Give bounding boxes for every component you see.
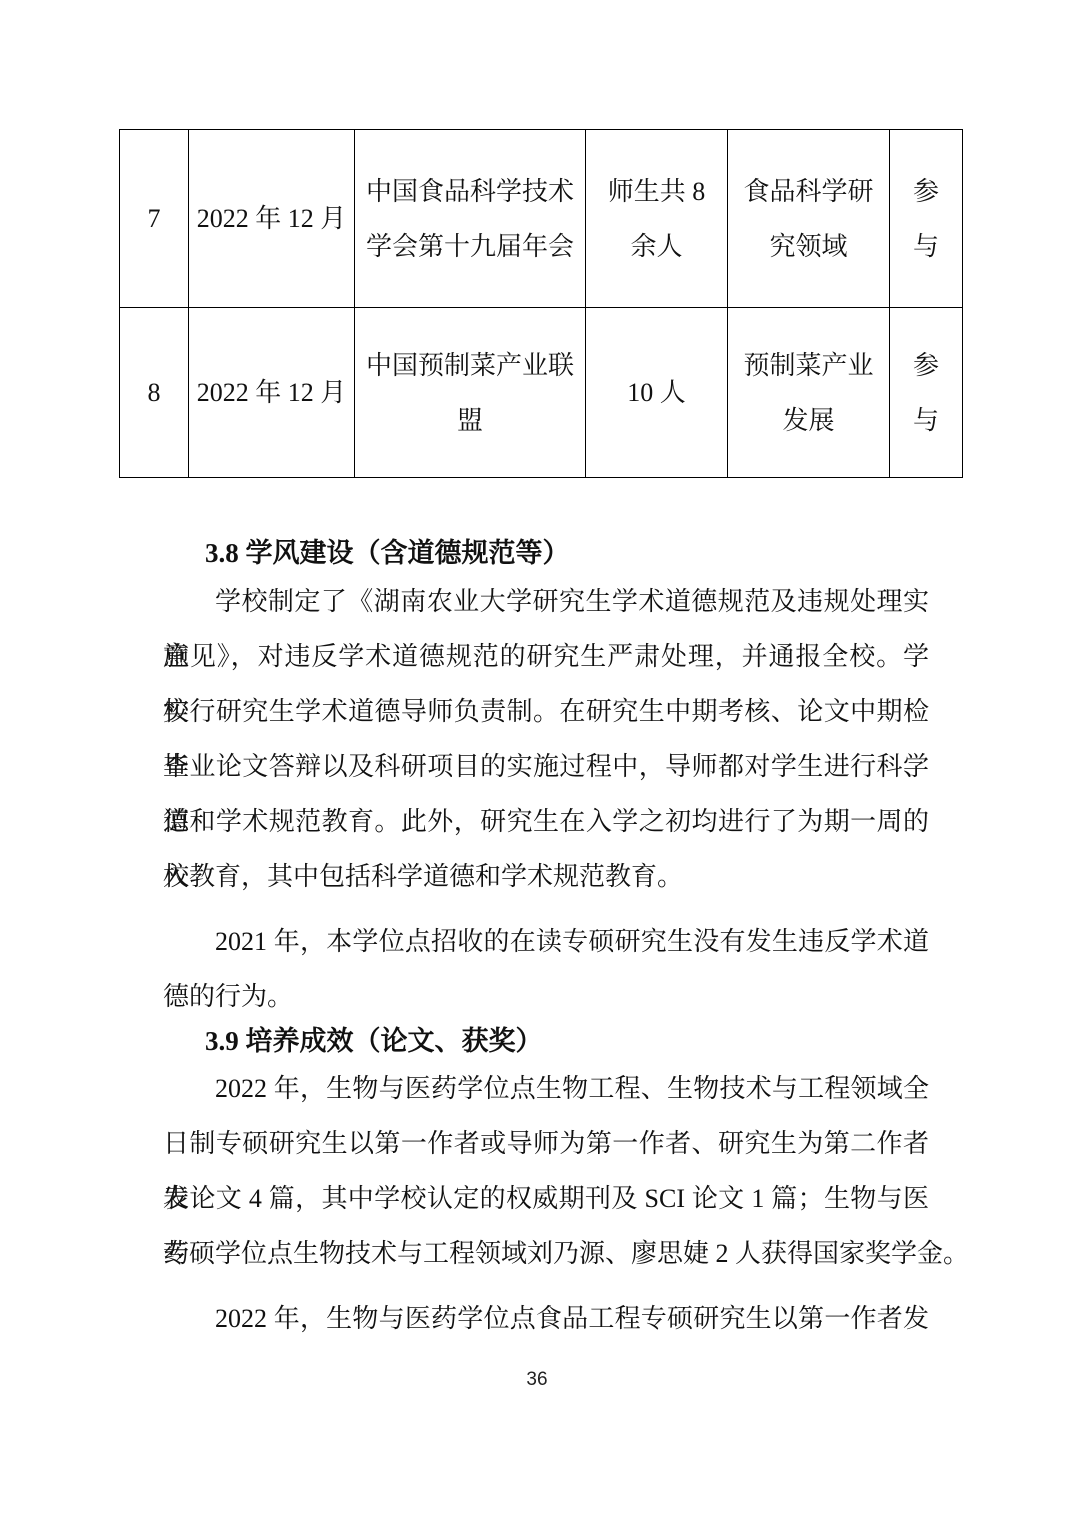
table-cell-line: 10 人	[588, 365, 725, 420]
table-cell: 2022 年 12 月	[189, 130, 355, 308]
table-cell-line: 2022 年 12 月	[191, 191, 352, 246]
table-cell-line: 与	[892, 393, 960, 448]
paragraph-p4: 2022 年，生物与医药学位点食品工程专硕研究生以第一作者发	[163, 1291, 929, 1346]
table-row: 72022 年 12 月中国食品科学技术学会第十九届年会师生共 8余人食品科学研…	[120, 130, 963, 308]
table-cell: 中国预制菜产业联盟	[355, 308, 586, 478]
paragraph-p3: 2022 年，生物与医药学位点生物工程、生物技术与工程领域全日制专硕研究生以第一…	[163, 1061, 929, 1281]
text-line: 专硕学位点生物技术与工程领域刘乃源、廖思婕 2 人获得国家奖学金。	[163, 1226, 929, 1281]
table-row: 82022 年 12 月中国预制菜产业联盟10 人预制菜产业发展参与	[120, 308, 963, 478]
section-heading-h38: 3.8 学风建设（含道德规范等）	[163, 526, 929, 581]
table-cell-line: 盟	[357, 393, 583, 448]
text-line: 2022 年，生物与医药学位点食品工程专硕研究生以第一作者发	[163, 1291, 929, 1346]
table-cell-line: 7	[122, 191, 186, 246]
text-line: 毕业论文答辩以及科研项目的实施过程中，导师都对学生进行科学道	[163, 739, 929, 794]
text-line: 德和学术规范教育。此外，研究生在入学之初均进行了为期一周的入	[163, 794, 929, 849]
table-cell-line: 中国食品科学技术	[357, 164, 583, 219]
table-cell-line: 与	[892, 219, 960, 274]
text-line: 表论文 4 篇，其中学校认定的权威期刊及 SCI 论文 1 篇；生物与医药	[163, 1171, 929, 1226]
table-cell: 10 人	[586, 308, 728, 478]
table-cell: 8	[120, 308, 189, 478]
table-cell-line: 发展	[730, 393, 887, 448]
activities-table-body: 72022 年 12 月中国食品科学技术学会第十九届年会师生共 8余人食品科学研…	[120, 130, 963, 478]
page-number: 36	[0, 1366, 1074, 1394]
table-cell: 中国食品科学技术学会第十九届年会	[355, 130, 586, 308]
text-line: 日制专硕研究生以第一作者或导师为第一作者、研究生为第二作者发	[163, 1116, 929, 1171]
text-line: 意见》，对违反学术道德规范的研究生严肃处理，并通报全校。学校	[163, 629, 929, 684]
table-cell-line: 参	[892, 164, 960, 219]
table-cell-line: 8	[122, 365, 186, 420]
table-cell-line: 预制菜产业	[730, 338, 887, 393]
document-page: 72022 年 12 月中国食品科学技术学会第十九届年会师生共 8余人食品科学研…	[0, 0, 1074, 1520]
table-cell: 食品科学研究领域	[728, 130, 890, 308]
table-cell: 7	[120, 130, 189, 308]
table-cell-line: 食品科学研	[730, 164, 887, 219]
text-line: 2022 年，生物与医药学位点生物工程、生物技术与工程领域全	[163, 1061, 929, 1116]
paragraph-p2: 2021 年，本学位点招收的在读专硕研究生没有发生违反学术道德的行为。	[163, 914, 929, 1024]
activities-table: 72022 年 12 月中国食品科学技术学会第十九届年会师生共 8余人食品科学研…	[119, 129, 963, 478]
table-cell: 师生共 8余人	[586, 130, 728, 308]
text-line: 3.8 学风建设（含道德规范等）	[163, 526, 929, 581]
table-cell-line: 师生共 8	[588, 164, 725, 219]
table-cell-line: 2022 年 12 月	[191, 365, 352, 420]
table-cell-line: 余人	[588, 219, 725, 274]
table-cell-line: 究领域	[730, 219, 887, 274]
table-cell-line: 参	[892, 338, 960, 393]
text-line: 校教育，其中包括科学道德和学术规范教育。	[163, 849, 929, 904]
paragraph-p1: 学校制定了《湖南农业大学研究生学术道德规范及违规处理实施意见》，对违反学术道德规…	[163, 574, 929, 904]
table-cell: 参与	[890, 130, 963, 308]
table-cell: 2022 年 12 月	[189, 308, 355, 478]
text-line: 2021 年，本学位点招收的在读专硕研究生没有发生违反学术道	[163, 914, 929, 969]
table-cell: 预制菜产业发展	[728, 308, 890, 478]
table-cell: 参与	[890, 308, 963, 478]
text-line: 实行研究生学术道德导师负责制。在研究生中期考核、论文中期检查、	[163, 684, 929, 739]
text-line: 学校制定了《湖南农业大学研究生学术道德规范及违规处理实施	[163, 574, 929, 629]
table-cell-line: 中国预制菜产业联	[357, 338, 583, 393]
table-cell-line: 学会第十九届年会	[357, 219, 583, 274]
